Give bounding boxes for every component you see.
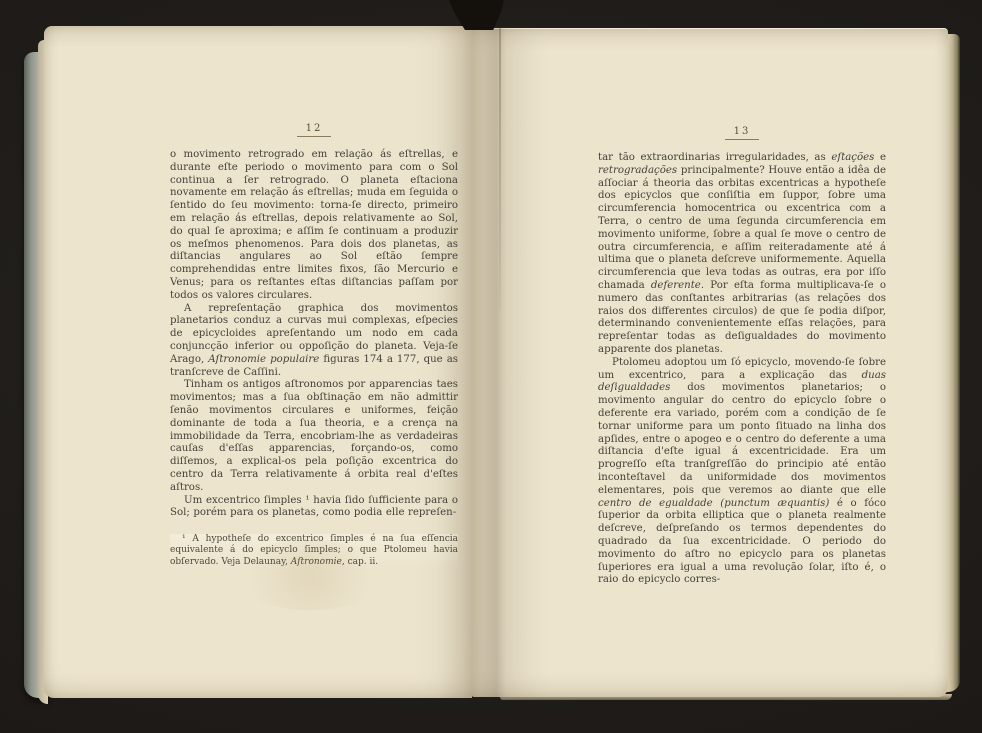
page-12-text-column: 12 o movimento retrogrado em relação ás …: [170, 116, 458, 568]
italic-run: Aſtronomie populaire: [208, 354, 319, 365]
page-12-footnote: ¹ A hypotheſe do excentrico ſimples é na…: [170, 534, 458, 568]
text-run: Um excentrico ſimples ¹ havia ſido ſuffi…: [170, 495, 458, 519]
paragraph: tar tão extraordinarias irregularidades,…: [598, 152, 886, 357]
paragraph: A repreſentação graphica dos movimentos …: [170, 303, 458, 380]
page-edges-right: [946, 34, 960, 692]
italic-run: deferente: [651, 280, 701, 291]
paragraph: Um excentrico ſimples ¹ havia ſido ſuffi…: [170, 495, 458, 521]
text-run: e: [874, 152, 886, 163]
paragraph: Ptolomeu adoptou um ſó epicyclo, movendo…: [598, 357, 886, 587]
text-run: . Por eſta forma multiplicava-ſe o numer…: [598, 280, 886, 355]
page-number-label: 13: [725, 126, 760, 140]
italic-run: retrogradações: [598, 165, 677, 176]
paragraph: o movimento retrogrado em relação ás eſt…: [170, 149, 458, 303]
paragraph: Tinham os antigos aſtronomos por apparen…: [170, 379, 458, 494]
text-run: principalmente? Houve então a idêa de aſ…: [598, 165, 886, 291]
text-run: Ptolomeu adoptou um ſó epicyclo, movendo…: [598, 357, 886, 381]
page-number: 12: [170, 116, 458, 137]
footnote-text: ¹ A hypotheſe do excentrico ſimples é na…: [170, 534, 458, 568]
text-run: o movimento retrogrado em relação ás eſt…: [170, 149, 458, 301]
text-run: Tinham os antigos aſtronomos por apparen…: [170, 379, 458, 492]
page-13-body: tar tão extraordinarias irregularidades,…: [598, 152, 886, 587]
page-13-text-column: 13 tar tão extraordinarias irregularidad…: [598, 119, 886, 587]
book-page-left: 12 o movimento retrogrado em relação ás …: [44, 26, 472, 698]
page-12-body: o movimento retrogrado em relação ás eſt…: [170, 149, 458, 520]
italic-run: centro de egualdade (punctum æquantis): [598, 498, 829, 509]
italic-run: eſtações: [831, 152, 874, 163]
page-number-label: 12: [297, 123, 332, 137]
book-page-right: 13 tar tão extraordinarias irregularidad…: [472, 28, 948, 697]
text-run: tar tão extraordinarias irregularidades,…: [598, 152, 831, 163]
italic-run: Aſtronomie: [291, 557, 342, 567]
text-run: é o fóco ſuperior da orbita elliptica qu…: [598, 498, 886, 586]
book-photo: 12 o movimento retrogrado em relação ás …: [0, 0, 982, 733]
page-number: 13: [598, 119, 886, 140]
text-run: dos movimentos planetarios; o movimento …: [598, 382, 886, 495]
text-run: , cap. ii.: [342, 557, 378, 567]
